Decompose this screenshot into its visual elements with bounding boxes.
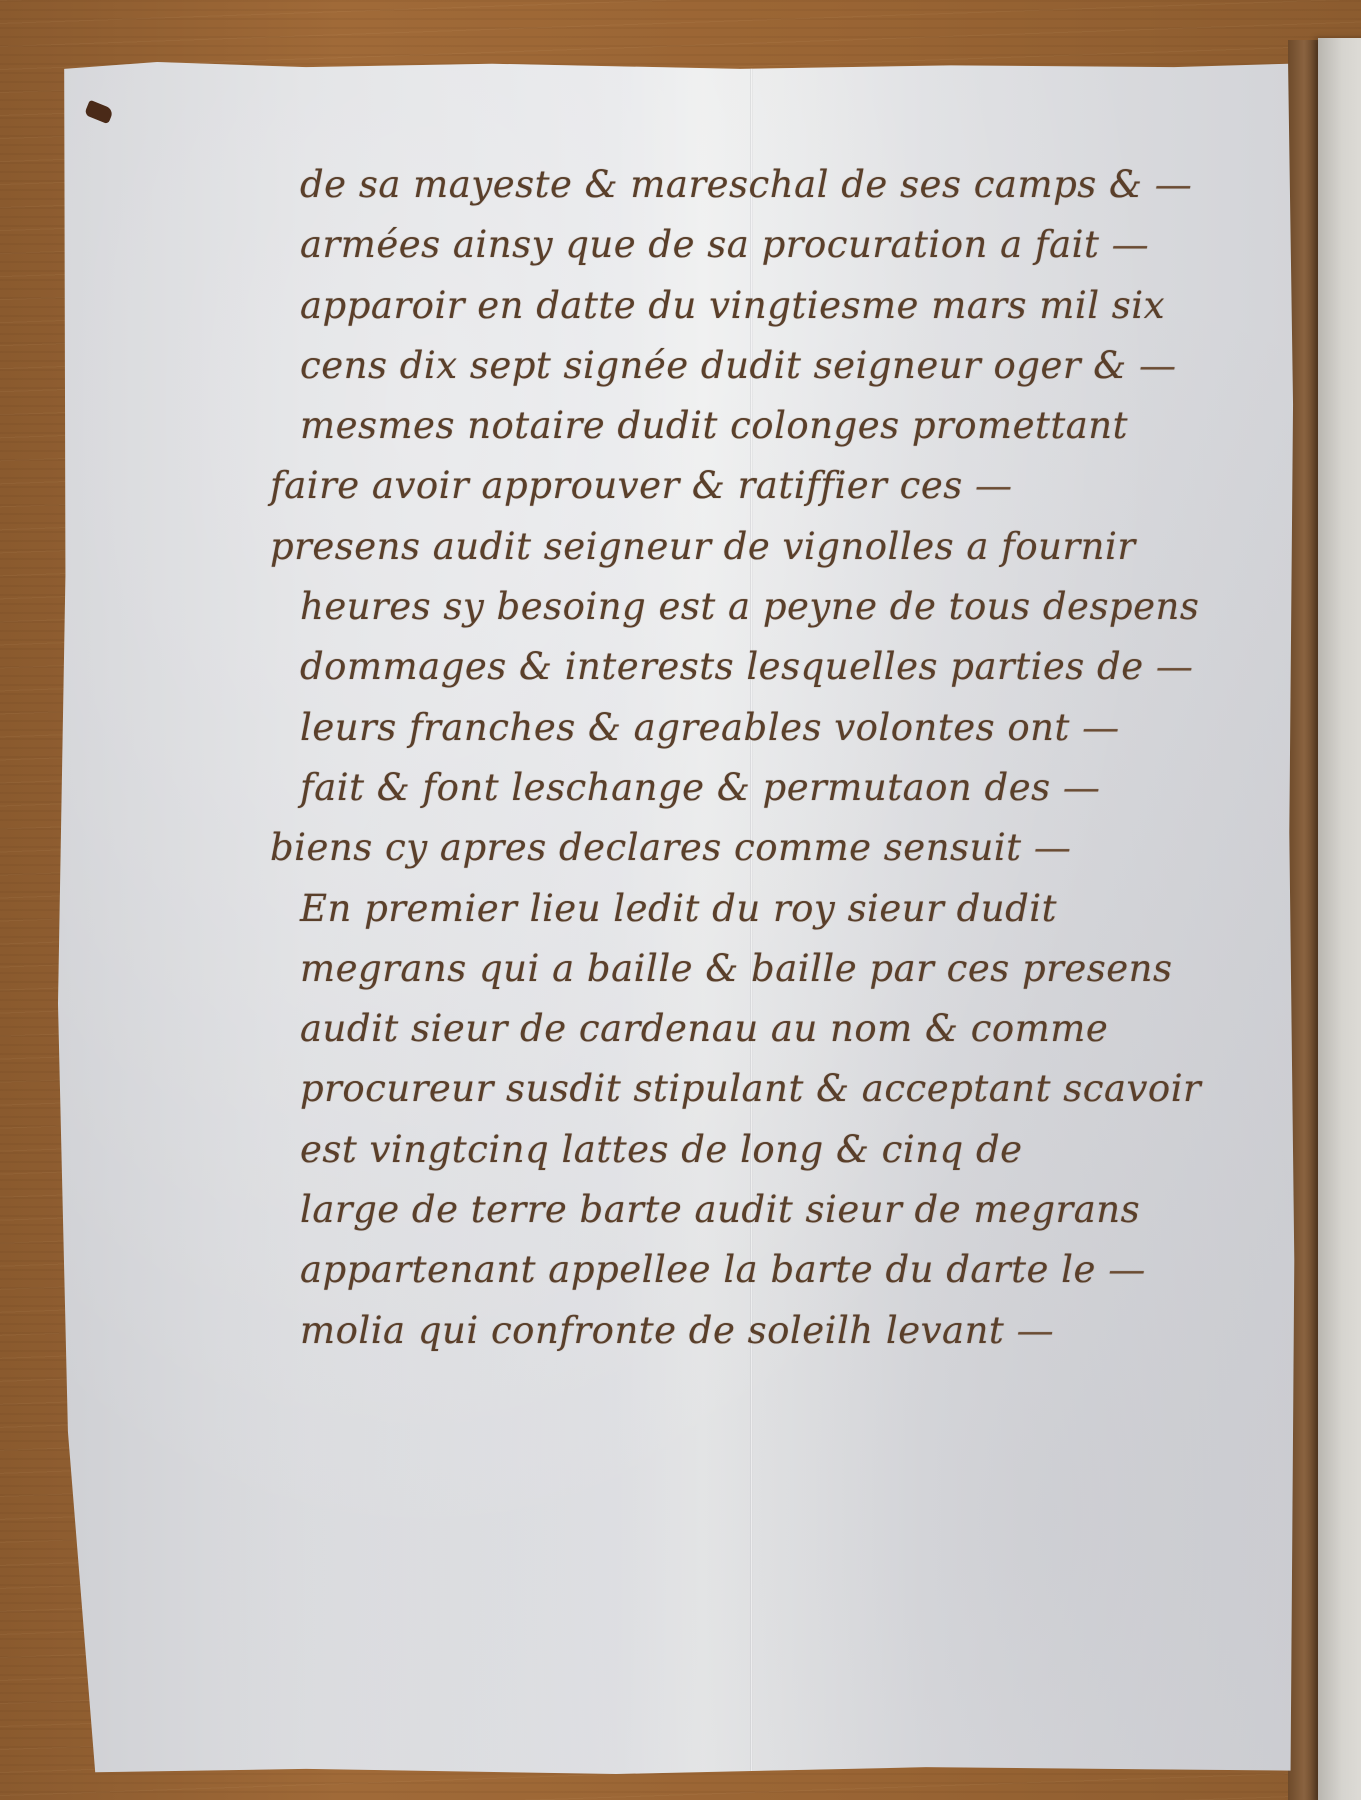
manuscript-line-14: megrans qui a baille & baille par ces pr… [270, 939, 1170, 999]
manuscript-line-17: est vingtcinq lattes de long & cinq de [270, 1120, 1170, 1180]
manuscript-line-8: heures sy besoing est a peyne de tous de… [270, 577, 1170, 637]
manuscript-line-3: apparoir en datte du vingtiesme mars mil… [270, 276, 1170, 336]
manuscript-line-4: cens dix sept signée dudit seigneur oger… [270, 336, 1170, 396]
manuscript-line-11: fait & font leschange & permutaon des — [270, 758, 1170, 818]
binding-gap [1288, 40, 1320, 1800]
manuscript-line-19: appartenant appellee la barte du darte l… [270, 1240, 1170, 1300]
manuscript-line-20: molia qui confronte de soleilh levant — [270, 1301, 1170, 1361]
manuscript-line-10: leurs franches & agreables volontes ont … [270, 698, 1170, 758]
manuscript-line-16: procureur susdit stipulant & acceptant s… [270, 1059, 1170, 1119]
manuscript-line-12: biens cy apres declares comme sensuit — [270, 818, 1170, 878]
manuscript-line-7: presens audit seigneur de vignolles a fo… [270, 517, 1170, 577]
manuscript-line-5: mesmes notaire dudit colonges promettant [270, 396, 1170, 456]
page-damage-mark [84, 100, 114, 125]
handwritten-text-block: de sa mayeste & mareschal de ses camps &… [270, 155, 1170, 1361]
manuscript-line-13: En premier lieu ledit du roy sieur dudit [270, 879, 1170, 939]
manuscript-line-15: audit sieur de cardenau au nom & comme [270, 999, 1170, 1059]
manuscript-line-6: faire avoir approuver & ratiffier ces — [270, 456, 1170, 516]
manuscript-line-1: de sa mayeste & mareschal de ses camps &… [270, 155, 1170, 215]
manuscript-line-2: armées ainsy que de sa procuration a fai… [270, 215, 1170, 275]
adjacent-page-edge [1318, 38, 1361, 1800]
manuscript-line-9: dommages & interests lesquelles parties … [270, 637, 1170, 697]
manuscript-line-18: large de terre barte audit sieur de megr… [270, 1180, 1170, 1240]
